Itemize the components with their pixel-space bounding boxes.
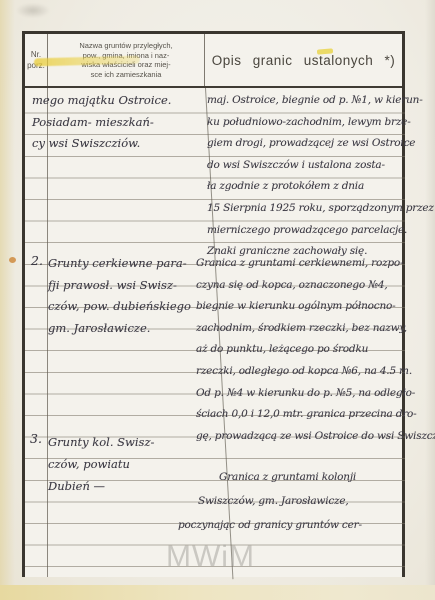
handwritten-line: mierniczego prowadzącego parcelacje. [207, 220, 434, 242]
handwritten-line: czów, powiatu [48, 453, 154, 475]
entry-1-name: mego majątku Ostroice. Posiadam- mieszka… [32, 90, 171, 155]
handwritten-line: ściach 0,0 i 12,0 mtr. granica przecina … [196, 404, 435, 426]
scan-smudge [16, 3, 50, 18]
watermark-text: MWiM [166, 540, 255, 574]
header-name-line: Nazwa gruntów przyległych, [79, 41, 172, 51]
handwritten-line: gę, prowadzącą ze wsi Ostroice do wsi Sw… [196, 426, 435, 448]
handwritten-line: zachodnim, środkiem rzeczki, bez nazwy, [196, 318, 435, 340]
entry-3-name: Grunty kol. Swisz- czów, powiatu Dubień … [48, 431, 154, 497]
handwritten-line: Granica z gruntami cerkiewnemi, rozpo- [196, 253, 435, 275]
handwritten-line: gm. Jarosławicze. [48, 318, 191, 340]
orange-speck [9, 257, 16, 263]
handwritten-line: ku południowo-zachodnim, lewym brze- [207, 112, 434, 134]
entry-2-description: Granica z gruntami cerkiewnemi, rozpo- c… [196, 253, 435, 447]
entry-2-name: Grunty cerkiewne para- fji prawosł. wsi … [48, 253, 191, 339]
handwritten-line: Od p. №4 w kierunku do p. №5, na odległo… [196, 383, 435, 405]
handwritten-line: 15 Sierpnia 1925 roku, sporządzonym prze… [207, 198, 434, 220]
entry-2-number: 2. [31, 253, 43, 268]
handwritten-line: mego majątku Ostroice. [32, 90, 171, 112]
handwritten-line: poczynając od granicy gruntów cer- [178, 513, 362, 537]
handwritten-line: Swiszczów, gm. Jarosławicze, [198, 489, 362, 513]
handwritten-line: maj. Ostroice, biegnie od p. №1, w kieru… [207, 90, 434, 112]
entry-3-description: Granica z gruntami kolonji Swiszczów, gm… [178, 465, 362, 537]
header-name-line: sce ich zamieszkania [91, 70, 162, 80]
header-desc-column: Opis granic ustalonych *) [205, 34, 402, 86]
handwritten-line: Granica z gruntami kolonji [219, 465, 362, 489]
handwritten-line: Dubień — [48, 475, 154, 497]
handwritten-line: Grunty kol. Swisz- [48, 431, 154, 453]
handwritten-line: Posiadam- mieszkań- [32, 112, 171, 134]
entry-1-description: maj. Ostroice, biegnie od p. №1, w kieru… [207, 90, 434, 263]
handwritten-line: czyna się od kopca, oznaczonego №4, [196, 275, 435, 297]
scanned-document-page: Nr. porz. Nazwa gruntów przyległych, pow… [0, 0, 435, 600]
handwritten-line: ła zgodnie z protokółem z dnia [207, 176, 434, 198]
handwritten-line: rzeczki, odległego od kopca №6, na 4.5 m… [196, 361, 435, 383]
entry-3-number: 3. [30, 431, 42, 446]
handwritten-line: aż do punktu, leżącego po środku [196, 339, 435, 361]
handwritten-line: cy wsi Swiszcziów. [32, 133, 171, 155]
header-desc-title: Opis granic ustalonych *) [212, 53, 396, 68]
handwritten-line: giem drogi, prowadzącej ze wsi Ostroice [207, 133, 434, 155]
handwritten-line: fji prawosł. wsi Swisz- [48, 275, 191, 297]
handwritten-line: do wsi Swiszczów i ustalona zosta- [207, 155, 434, 177]
scan-edge-left [0, 0, 15, 600]
handwritten-line: biegnie w kierunku ogólnym północno- [196, 296, 435, 318]
handwritten-line: Grunty cerkiewne para- [48, 253, 191, 275]
handwritten-line: czów, pow. dubieńskiego [48, 296, 191, 318]
